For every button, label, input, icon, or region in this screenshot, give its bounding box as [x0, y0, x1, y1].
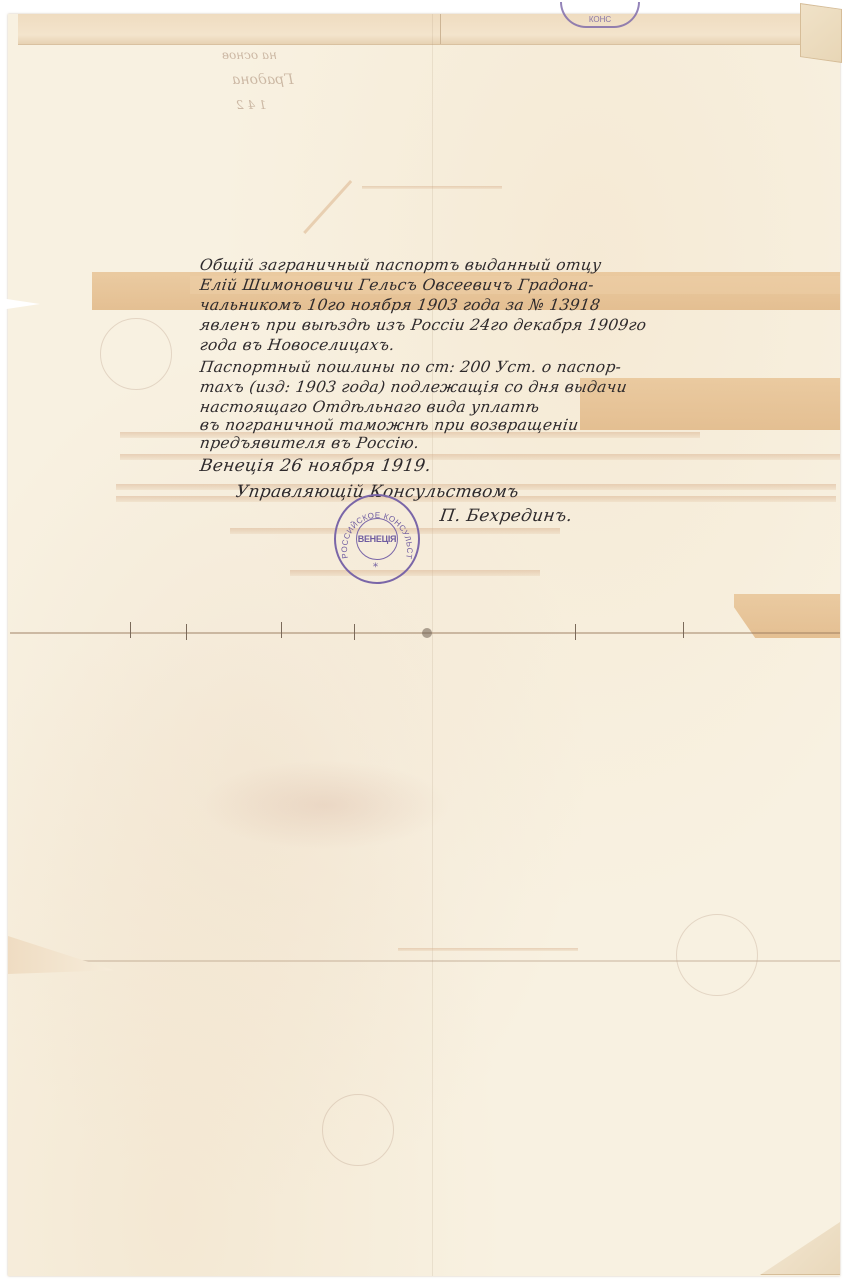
- body-line: Елій Шимоновичи Гельсъ Овсеевичъ Градона…: [199, 276, 595, 294]
- fold-tick: [683, 622, 684, 638]
- bleed-through-line: 1 4 2: [236, 98, 267, 112]
- bleed-through-line: Градона: [232, 72, 293, 88]
- body-line: въ пограничной таможнѣ при возвращеніи: [199, 416, 580, 434]
- body-line: Общій заграничный паспортъ выданный отцу: [199, 256, 603, 274]
- body-line: года въ Новоселицахъ.: [199, 336, 396, 354]
- vertical-fold: [432, 14, 433, 1276]
- top-folded-strip: [18, 14, 840, 45]
- fold-tick: [281, 622, 282, 638]
- ghost-stamp: [100, 318, 172, 390]
- fold-tick: [186, 624, 187, 640]
- folded-corner-top-right: [800, 3, 842, 63]
- stamp-center: ВЕНЕЦІЯ: [356, 518, 398, 560]
- ghost-tape-line: [398, 948, 578, 951]
- body-line: явленъ при выѣздѣ изъ Россіи 24го декабр…: [199, 316, 648, 334]
- top-stamp-text: КОНС: [589, 15, 611, 24]
- signatory-name: П. Бехрединъ.: [439, 506, 574, 526]
- consulate-stamp: РОССИЙСКОЕ КОНСУЛЬСТВО ВЕНЕЦІЯ *: [334, 494, 420, 584]
- paper-sheet: [8, 14, 840, 1276]
- fold-tick: [354, 624, 355, 640]
- ghost-stamp: [322, 1094, 394, 1166]
- body-line: тахъ (изд: 1903 года) подлежащія со дня …: [199, 378, 629, 396]
- fold-tick: [130, 622, 131, 638]
- body-line: предъявителя въ Россію.: [199, 434, 421, 452]
- stamp-center-text: ВЕНЕЦІЯ: [358, 534, 396, 544]
- stamp-bottom-mark: *: [373, 562, 378, 573]
- body-line: чальникомъ 10го ноября 1903 года за № 13…: [199, 296, 602, 314]
- ink-blot: [422, 628, 432, 638]
- body-line: Паспортный пошлины по ст: 200 Уст. о пас…: [199, 358, 623, 376]
- ghost-stamp: [676, 914, 758, 996]
- place-date: Венеція 26 ноября 1919.: [199, 456, 433, 476]
- fold-tick: [575, 624, 576, 640]
- bleed-through-line: на основ: [222, 48, 277, 62]
- paper-stain: [200, 760, 450, 850]
- body-line: настоящаго Отдѣльнаго вида уплатѣ: [199, 398, 541, 416]
